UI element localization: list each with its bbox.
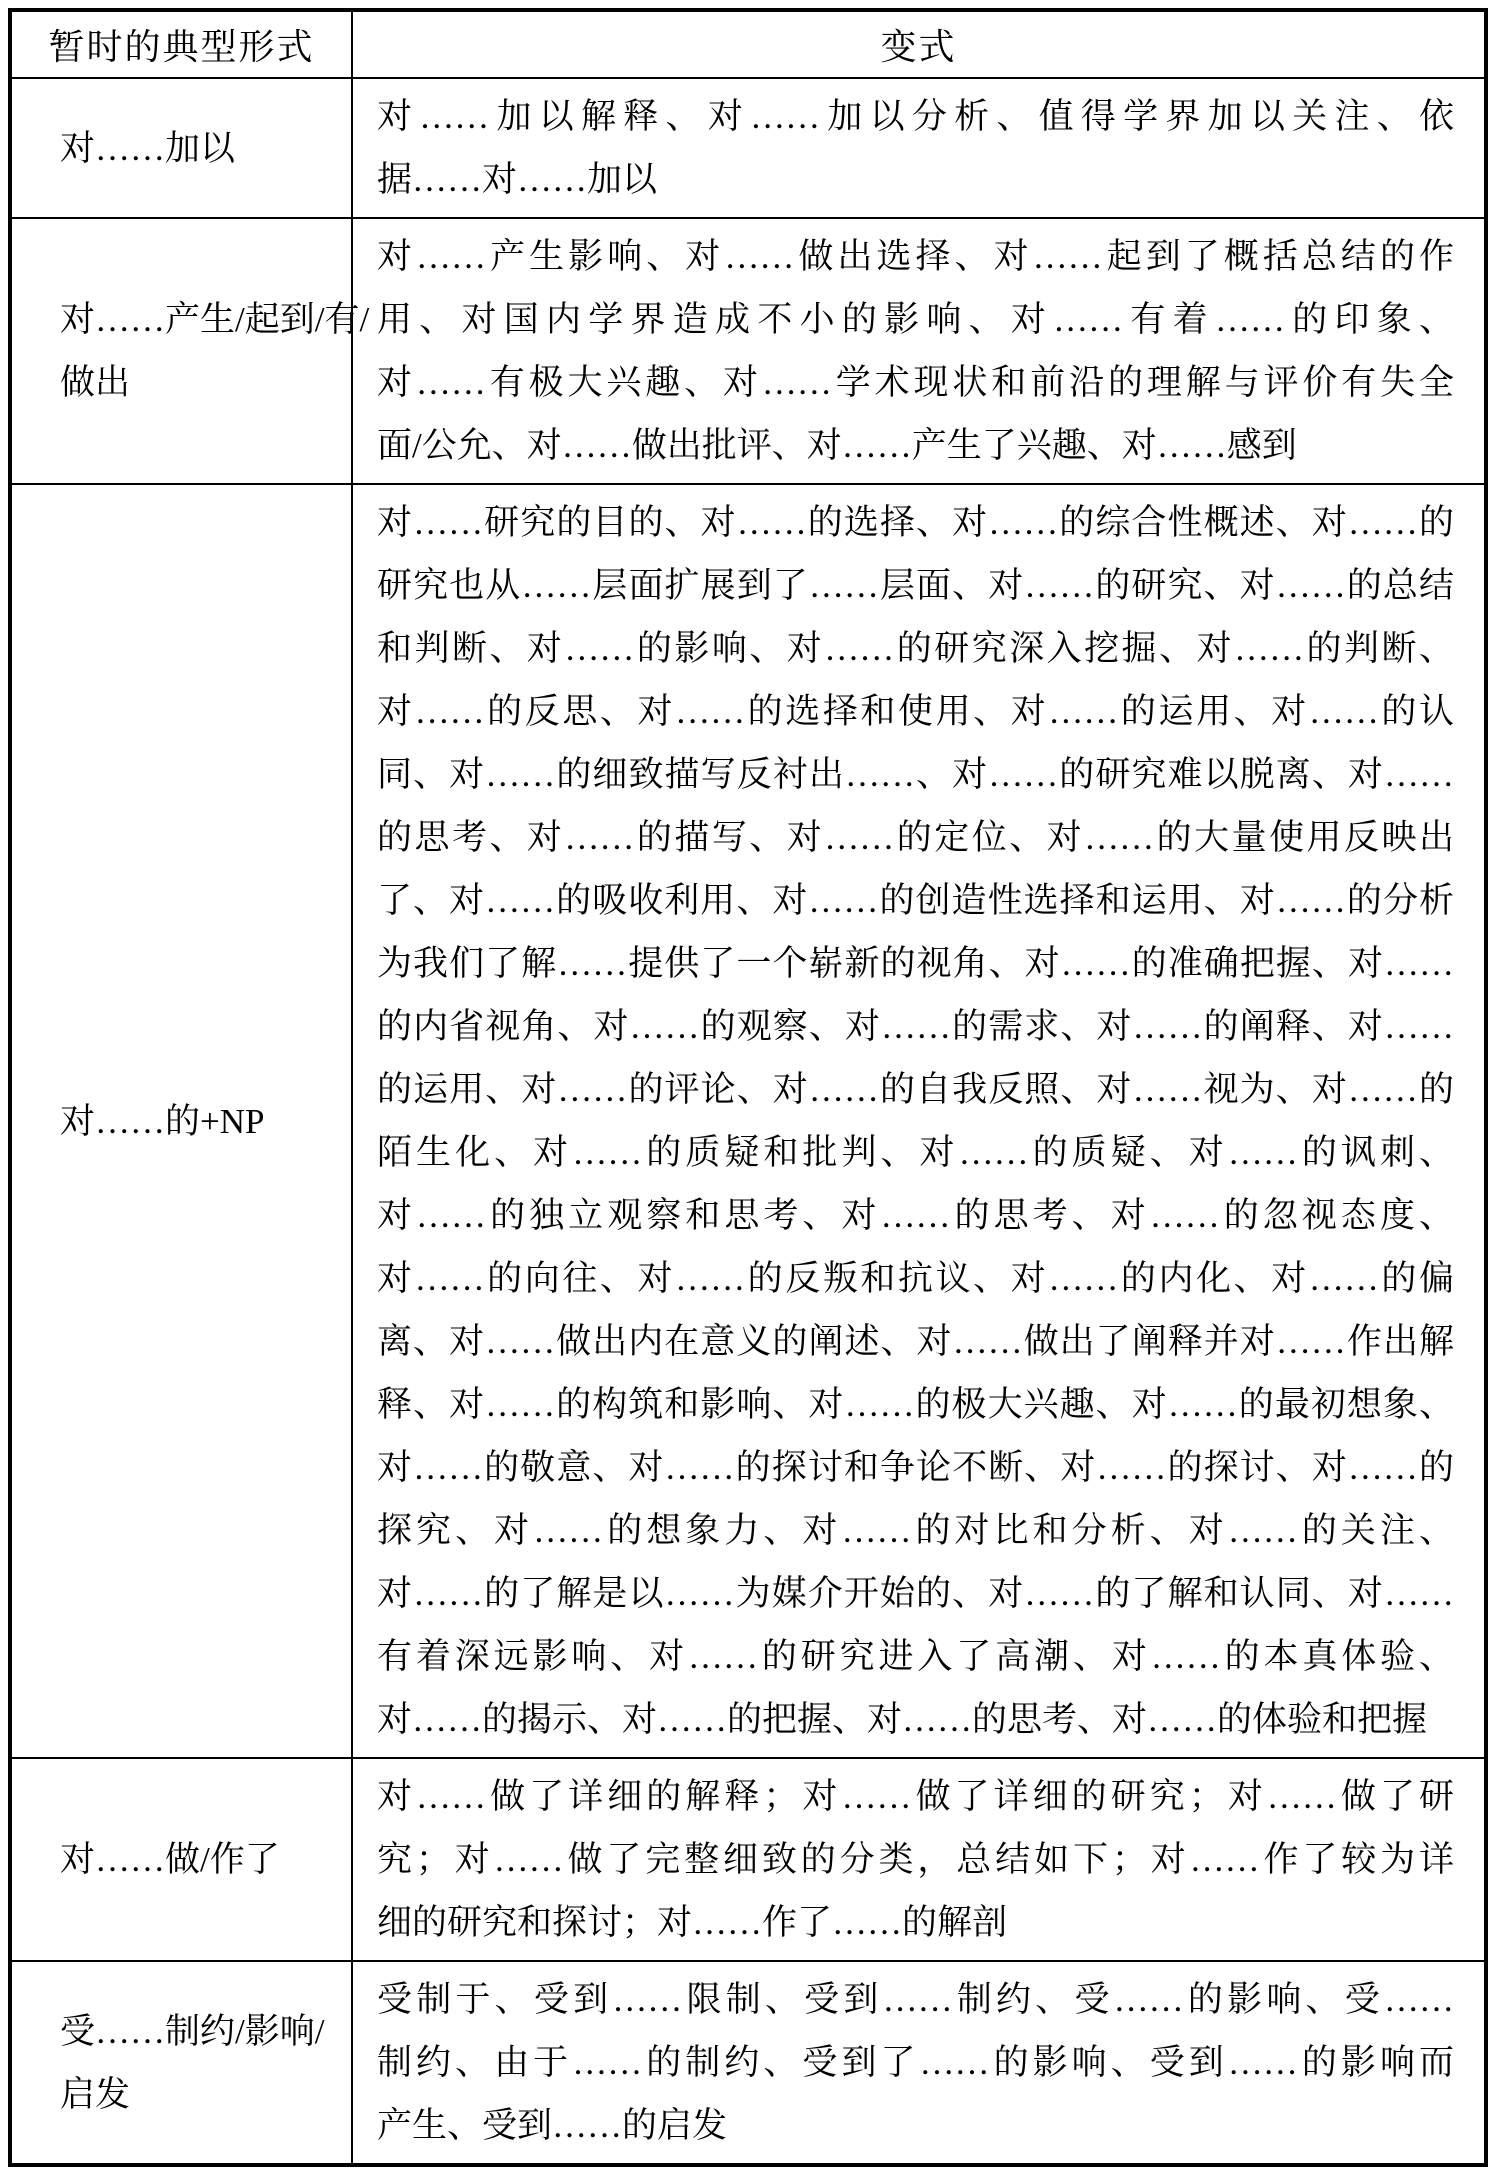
variant-text-line: 究；对……做了完整细致的分类，总结如下；对……作了较为详 [377, 1828, 1454, 1891]
variant-text-line: 陌生化、对……的质疑和批判、对……的质疑、对……的讽刺、 [377, 1121, 1454, 1184]
variant-text-line: 对……的揭示、对……的把握、对……的思考、对……的体验和把握 [377, 1688, 1454, 1751]
variant-text-line: 对……做了详细的解释；对……做了详细的研究；对……做了研 [377, 1765, 1454, 1828]
variant-text-line: 面/公允、对……做出批评、对……产生了兴趣、对……感到 [377, 414, 1454, 477]
typical-form-cell: 受……制约/影响/启发 [10, 1961, 352, 2165]
variant-text-line: 用、对国内学界造成不小的影响、对……有着……的印象、 [377, 288, 1454, 351]
variant-text-line: 释、对……的构筑和影响、对……的极大兴趣、对……的最初想象、 [377, 1373, 1454, 1436]
variant-text-line: 的思考、对……的描写、对……的定位、对……的大量使用反映出 [377, 806, 1454, 869]
variant-text-line: 对……的独立观察和思考、对……的思考、对……的忽视态度、 [377, 1184, 1454, 1247]
variant-text-line: 对……研究的目的、对……的选择、对……的综合性概述、对……的 [377, 491, 1454, 554]
variant-text-line: 对……产生影响、对……做出选择、对……起到了概括总结的作 [377, 225, 1454, 288]
variant-cell: 对……做了详细的解释；对……做了详细的研究；对……做了研究；对……做了完整细致的… [352, 1758, 1486, 1961]
table-body: 对……加以对……加以解释、对……加以分析、值得学界加以关注、依据……对……加以对… [10, 78, 1486, 2165]
variant-cell: 对……加以解释、对……加以分析、值得学界加以关注、依据……对……加以 [352, 78, 1486, 218]
typical-form-text-line: 启发 [60, 2063, 343, 2126]
variant-cell: 对……研究的目的、对……的选择、对……的综合性概述、对……的研究也从……层面扩展… [352, 484, 1486, 1758]
variant-text-line: 对……的敬意、对……的探讨和争论不断、对……的探讨、对……的 [377, 1436, 1454, 1499]
variant-text-line: 同、对……的细致描写反衬出……、对……的研究难以脱离、对…… [377, 743, 1454, 806]
header-typical-form: 暂时的典型形式 [10, 10, 352, 78]
typical-form-text-line: 对……加以 [60, 117, 343, 180]
variant-text-line: 研究也从……层面扩展到了……层面、对……的研究、对……的总结 [377, 554, 1454, 617]
variant-text-line: 为我们了解……提供了一个崭新的视角、对……的准确把握、对…… [377, 932, 1454, 995]
variant-cell: 受制于、受到……限制、受到……制约、受……的影响、受……制约、由于……的制约、受… [352, 1961, 1486, 2165]
variant-text-line: 制约、由于……的制约、受到了……的影响、受到……的影响而 [377, 2031, 1454, 2094]
variant-text-line: 对……的反思、对……的选择和使用、对……的运用、对……的认 [377, 680, 1454, 743]
variant-text-line: 对……加以解释、对……加以分析、值得学界加以关注、依 [377, 85, 1454, 148]
typical-form-text-line: 对……做/作了 [60, 1828, 343, 1891]
variant-text-line: 离、对……做出内在意义的阐述、对……做出了阐释并对……作出解 [377, 1310, 1454, 1373]
table-row: 对……加以对……加以解释、对……加以分析、值得学界加以关注、依据……对……加以 [10, 78, 1486, 218]
typical-form-cell: 对……的+NP [10, 484, 352, 1758]
variant-text-line: 有着深远影响、对……的研究进入了高潮、对……的本真体验、 [377, 1625, 1454, 1688]
variant-text-line: 和判断、对……的影响、对……的研究深入挖掘、对……的判断、 [377, 617, 1454, 680]
variant-text-line: 了、对……的吸收利用、对……的创造性选择和运用、对……的分析 [377, 869, 1454, 932]
variant-text-line: 对……的了解是以……为媒介开始的、对……的了解和认同、对…… [377, 1562, 1454, 1625]
table-row: 对……做/作了对……做了详细的解释；对……做了详细的研究；对……做了研究；对……… [10, 1758, 1486, 1961]
typical-form-text-line: 做出 [60, 351, 343, 414]
typical-form-text-line: 对……产生/起到/有/ [60, 288, 343, 351]
variant-text-line: 对……的向往、对……的反叛和抗议、对……的内化、对……的偏 [377, 1247, 1454, 1310]
typical-form-text-line: 对……的+NP [60, 1090, 343, 1153]
variant-text-line: 受制于、受到……限制、受到……制约、受……的影响、受…… [377, 1968, 1454, 2031]
typical-form-text-line: 受……制约/影响/ [60, 2000, 343, 2063]
header-variants: 变式 [352, 10, 1486, 78]
typical-form-cell: 对……产生/起到/有/做出 [10, 218, 352, 484]
variant-text-line: 的内省视角、对……的观察、对……的需求、对……的阐释、对…… [377, 995, 1454, 1058]
variant-text-line: 对……有极大兴趣、对……学术现状和前沿的理解与评价有失全 [377, 351, 1454, 414]
typical-form-cell: 对……加以 [10, 78, 352, 218]
table-row: 受……制约/影响/启发受制于、受到……限制、受到……制约、受……的影响、受……制… [10, 1961, 1486, 2165]
variant-text-line: 的运用、对……的评论、对……的自我反照、对……视为、对……的 [377, 1058, 1454, 1121]
variant-text-line: 细的研究和探讨；对……作了……的解剖 [377, 1891, 1454, 1954]
typical-form-cell: 对……做/作了 [10, 1758, 352, 1961]
document-page: 暂时的典型形式 变式 对……加以对……加以解释、对……加以分析、值得学界加以关注… [0, 0, 1496, 2175]
variant-text-line: 探究、对……的想象力、对……的对比和分析、对……的关注、 [377, 1499, 1454, 1562]
table-row: 对……的+NP对……研究的目的、对……的选择、对……的综合性概述、对……的研究也… [10, 484, 1486, 1758]
table-row: 对……产生/起到/有/做出对……产生影响、对……做出选择、对……起到了概括总结的… [10, 218, 1486, 484]
variant-text-line: 产生、受到……的启发 [377, 2094, 1454, 2157]
variant-text-line: 据……对……加以 [377, 148, 1454, 211]
variant-cell: 对……产生影响、对……做出选择、对……起到了概括总结的作用、对国内学界造成不小的… [352, 218, 1486, 484]
grammar-variants-table: 暂时的典型形式 变式 对……加以对……加以解释、对……加以分析、值得学界加以关注… [8, 8, 1488, 2167]
table-header-row: 暂时的典型形式 变式 [10, 10, 1486, 78]
